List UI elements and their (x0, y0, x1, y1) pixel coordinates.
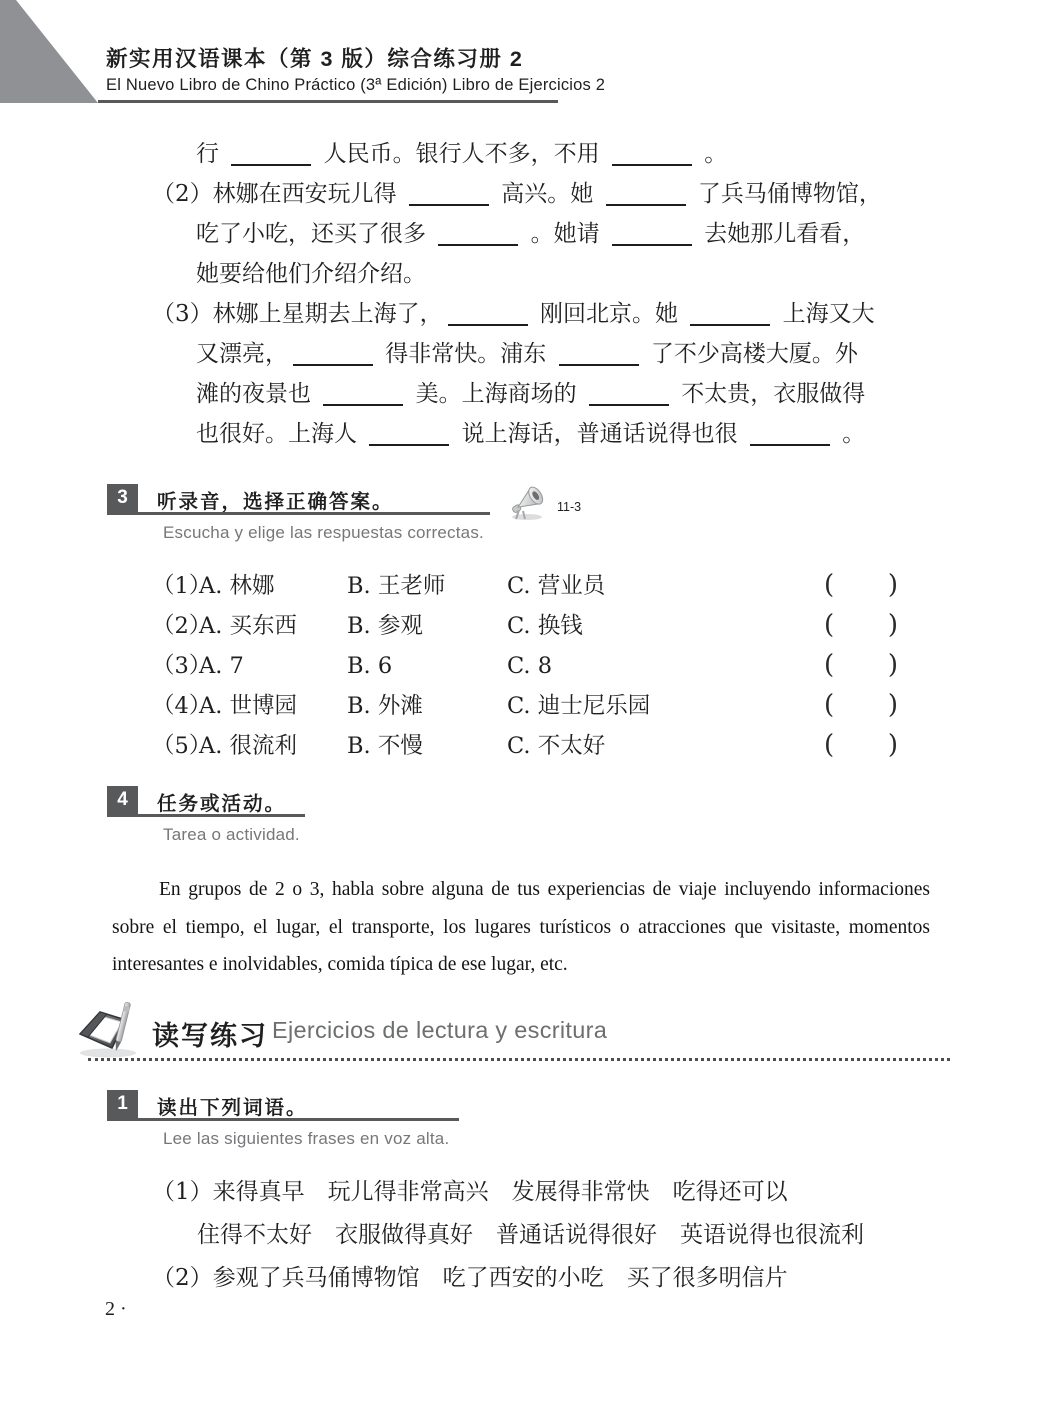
blank-underline[interactable] (369, 428, 449, 446)
choice-number: （3） (152, 648, 199, 680)
fill-blank-line: （2）林娜在西安玩儿得 高兴。她 了兵马俑博物馆， (112, 174, 934, 214)
banner-dotted-rule (88, 1058, 950, 1061)
section-1-reading: 1 读出下列词语。 Lee las siguientes frases en v… (107, 1090, 932, 1300)
choice-number: （4） (152, 688, 199, 720)
choice-number: （1） (152, 568, 199, 600)
choice-b: B. 6 (347, 653, 507, 679)
corner-triangle (0, 0, 98, 103)
answer-parens[interactable]: () (824, 610, 898, 640)
paren-close: ) (888, 570, 898, 600)
paren-open: ( (824, 610, 834, 640)
paren-open: ( (824, 650, 834, 680)
blank-underline[interactable] (323, 388, 403, 406)
section-title-zh: 听录音，选择正确答案。 (157, 486, 394, 514)
section-subtitle-es: Escucha y elige las respuestas correctas… (163, 523, 932, 543)
paren-open: ( (824, 730, 834, 760)
reading-phrases: （1）来得真早 玩儿得非常高兴 发展得非常快 吃得还可以住得不太好 衣服做得真好… (152, 1171, 932, 1300)
section-number-badge: 4 (107, 786, 138, 814)
fill-blank-line: 也很好。上海人 说上海话，普通话说得也很 。 (112, 414, 934, 454)
choice-number: （5） (152, 728, 199, 760)
listening-item: （2）A. 买东西B. 参观C. 换钱() (152, 608, 932, 648)
blank-underline[interactable] (438, 228, 518, 246)
fill-blank-line: （3）林娜上星期去上海了， 刚回北京。她 上海又大 (112, 294, 934, 334)
section-subtitle-es: Tarea o actividad. (163, 825, 932, 845)
fill-blank-line: 滩的夜景也 美。上海商场的 不太贵，衣服做得 (112, 374, 934, 414)
listening-item: （1）A. 林娜B. 王老师C. 营业员() (152, 568, 932, 608)
section-title-zh: 任务或活动。 (157, 788, 286, 816)
section-number-badge: 3 (107, 484, 138, 512)
speaker-icon (505, 480, 553, 522)
answer-parens[interactable]: () (824, 730, 898, 760)
task-instructions-paragraph: En grupos de 2 o 3, habla sobre alguna d… (112, 871, 930, 984)
fill-blank-line: 她要给他们介绍介绍。 (112, 254, 934, 294)
fill-in-blanks-exercise: 行 人民币。银行人不多，不用 。（2）林娜在西安玩儿得 高兴。她 了兵马俑博物馆… (112, 134, 934, 454)
workbook-page: 新实用汉语课本（第 3 版）综合练习册 2 El Nuevo Libro de … (0, 0, 1039, 1401)
section-4-head: 4 任务或活动。 (107, 786, 932, 816)
section-subtitle-es: Lee las siguientes frases en voz alta. (163, 1129, 932, 1149)
paren-open: ( (824, 690, 834, 720)
blank-underline[interactable] (293, 348, 373, 366)
blank-underline[interactable] (231, 148, 311, 166)
blank-underline[interactable] (409, 188, 489, 206)
notebook-pen-icon (74, 1000, 148, 1065)
choice-a: A. 买东西 (199, 608, 347, 640)
section-3-head: 3 听录音，选择正确答案。 (107, 484, 932, 514)
choice-b: B. 王老师 (347, 568, 507, 600)
reading-line: （2）参观了兵马俑博物馆 吃了西安的小吃 买了很多明信片 (152, 1257, 932, 1300)
paren-close: ) (888, 690, 898, 720)
audio-track-number: 11-3 (557, 500, 581, 514)
header-title-es: El Nuevo Libro de Chino Práctico (3ª Edi… (106, 76, 605, 95)
choice-c: C. 不太好 (507, 728, 824, 760)
choice-c: C. 营业员 (507, 568, 824, 600)
listening-item: （3）A. 7B. 6C. 8() (152, 648, 932, 688)
section-title-rule (107, 814, 305, 817)
reading-line: 住得不太好 衣服做得真好 普通话说得很好 英语说得也很流利 (152, 1214, 932, 1257)
blank-underline[interactable] (612, 148, 692, 166)
blank-underline[interactable] (606, 188, 686, 206)
paren-close: ) (888, 730, 898, 760)
paren-close: ) (888, 650, 898, 680)
fill-blank-line: 吃了小吃，还买了很多 。她请 去她那儿看看， (112, 214, 934, 254)
blank-underline[interactable] (589, 388, 669, 406)
answer-parens[interactable]: () (824, 570, 898, 600)
answer-parens[interactable]: () (824, 690, 898, 720)
choice-number: （2） (152, 608, 199, 640)
reading-line: （1）来得真早 玩儿得非常高兴 发展得非常快 吃得还可以 (152, 1171, 932, 1214)
choice-a: A. 世博园 (199, 688, 347, 720)
section-title-rule (107, 512, 490, 515)
fill-blank-line: 行 人民币。银行人不多，不用 。 (112, 134, 934, 174)
listening-choices: （1）A. 林娜B. 王老师C. 营业员()（2）A. 买东西B. 参观C. 换… (152, 568, 932, 768)
choice-c: C. 8 (507, 653, 824, 679)
fill-blank-line: 又漂亮， 得非常快。浦东 了不少高楼大厦。外 (112, 334, 934, 374)
section-title-rule (107, 1118, 459, 1121)
paren-open: ( (824, 570, 834, 600)
section-number-badge: 1 (107, 1090, 138, 1118)
listening-item: （4）A. 世博园B. 外滩C. 迪士尼乐园() (152, 688, 932, 728)
section-title-zh: 读出下列词语。 (157, 1092, 308, 1120)
blank-underline[interactable] (612, 228, 692, 246)
page-number: 2 · (105, 1298, 127, 1321)
choice-b: B. 外滩 (347, 688, 507, 720)
choice-a: A. 很流利 (199, 728, 347, 760)
audio-track-indicator: 11-3 (505, 480, 615, 524)
section-1-head: 1 读出下列词语。 (107, 1090, 932, 1120)
choice-a: A. 林娜 (199, 568, 347, 600)
reading-writing-banner: 读写练习 Ejercicios de lectura y escritura (112, 1004, 952, 1068)
blank-underline[interactable] (750, 428, 830, 446)
paren-close: ) (888, 610, 898, 640)
banner-title-zh: 读写练习 (152, 1014, 268, 1053)
header-rule (98, 100, 558, 103)
answer-parens[interactable]: () (824, 650, 898, 680)
listening-item: （5）A. 很流利B. 不慢C. 不太好() (152, 728, 932, 768)
blank-underline[interactable] (448, 308, 528, 326)
section-3-listening: 3 听录音，选择正确答案。 (107, 484, 932, 768)
header-title-zh: 新实用汉语课本（第 3 版）综合练习册 2 (106, 42, 605, 73)
page-header: 新实用汉语课本（第 3 版）综合练习册 2 El Nuevo Libro de … (106, 42, 605, 95)
banner-title-es: Ejercicios de lectura y escritura (272, 1017, 607, 1044)
choice-b: B. 参观 (347, 608, 507, 640)
choice-c: C. 换钱 (507, 608, 824, 640)
blank-underline[interactable] (690, 308, 770, 326)
section-4-task: 4 任务或活动。 Tarea o actividad. En grupos de… (107, 786, 932, 984)
choice-b: B. 不慢 (347, 728, 507, 760)
blank-underline[interactable] (559, 348, 639, 366)
choice-a: A. 7 (199, 653, 347, 679)
choice-c: C. 迪士尼乐园 (507, 688, 824, 720)
